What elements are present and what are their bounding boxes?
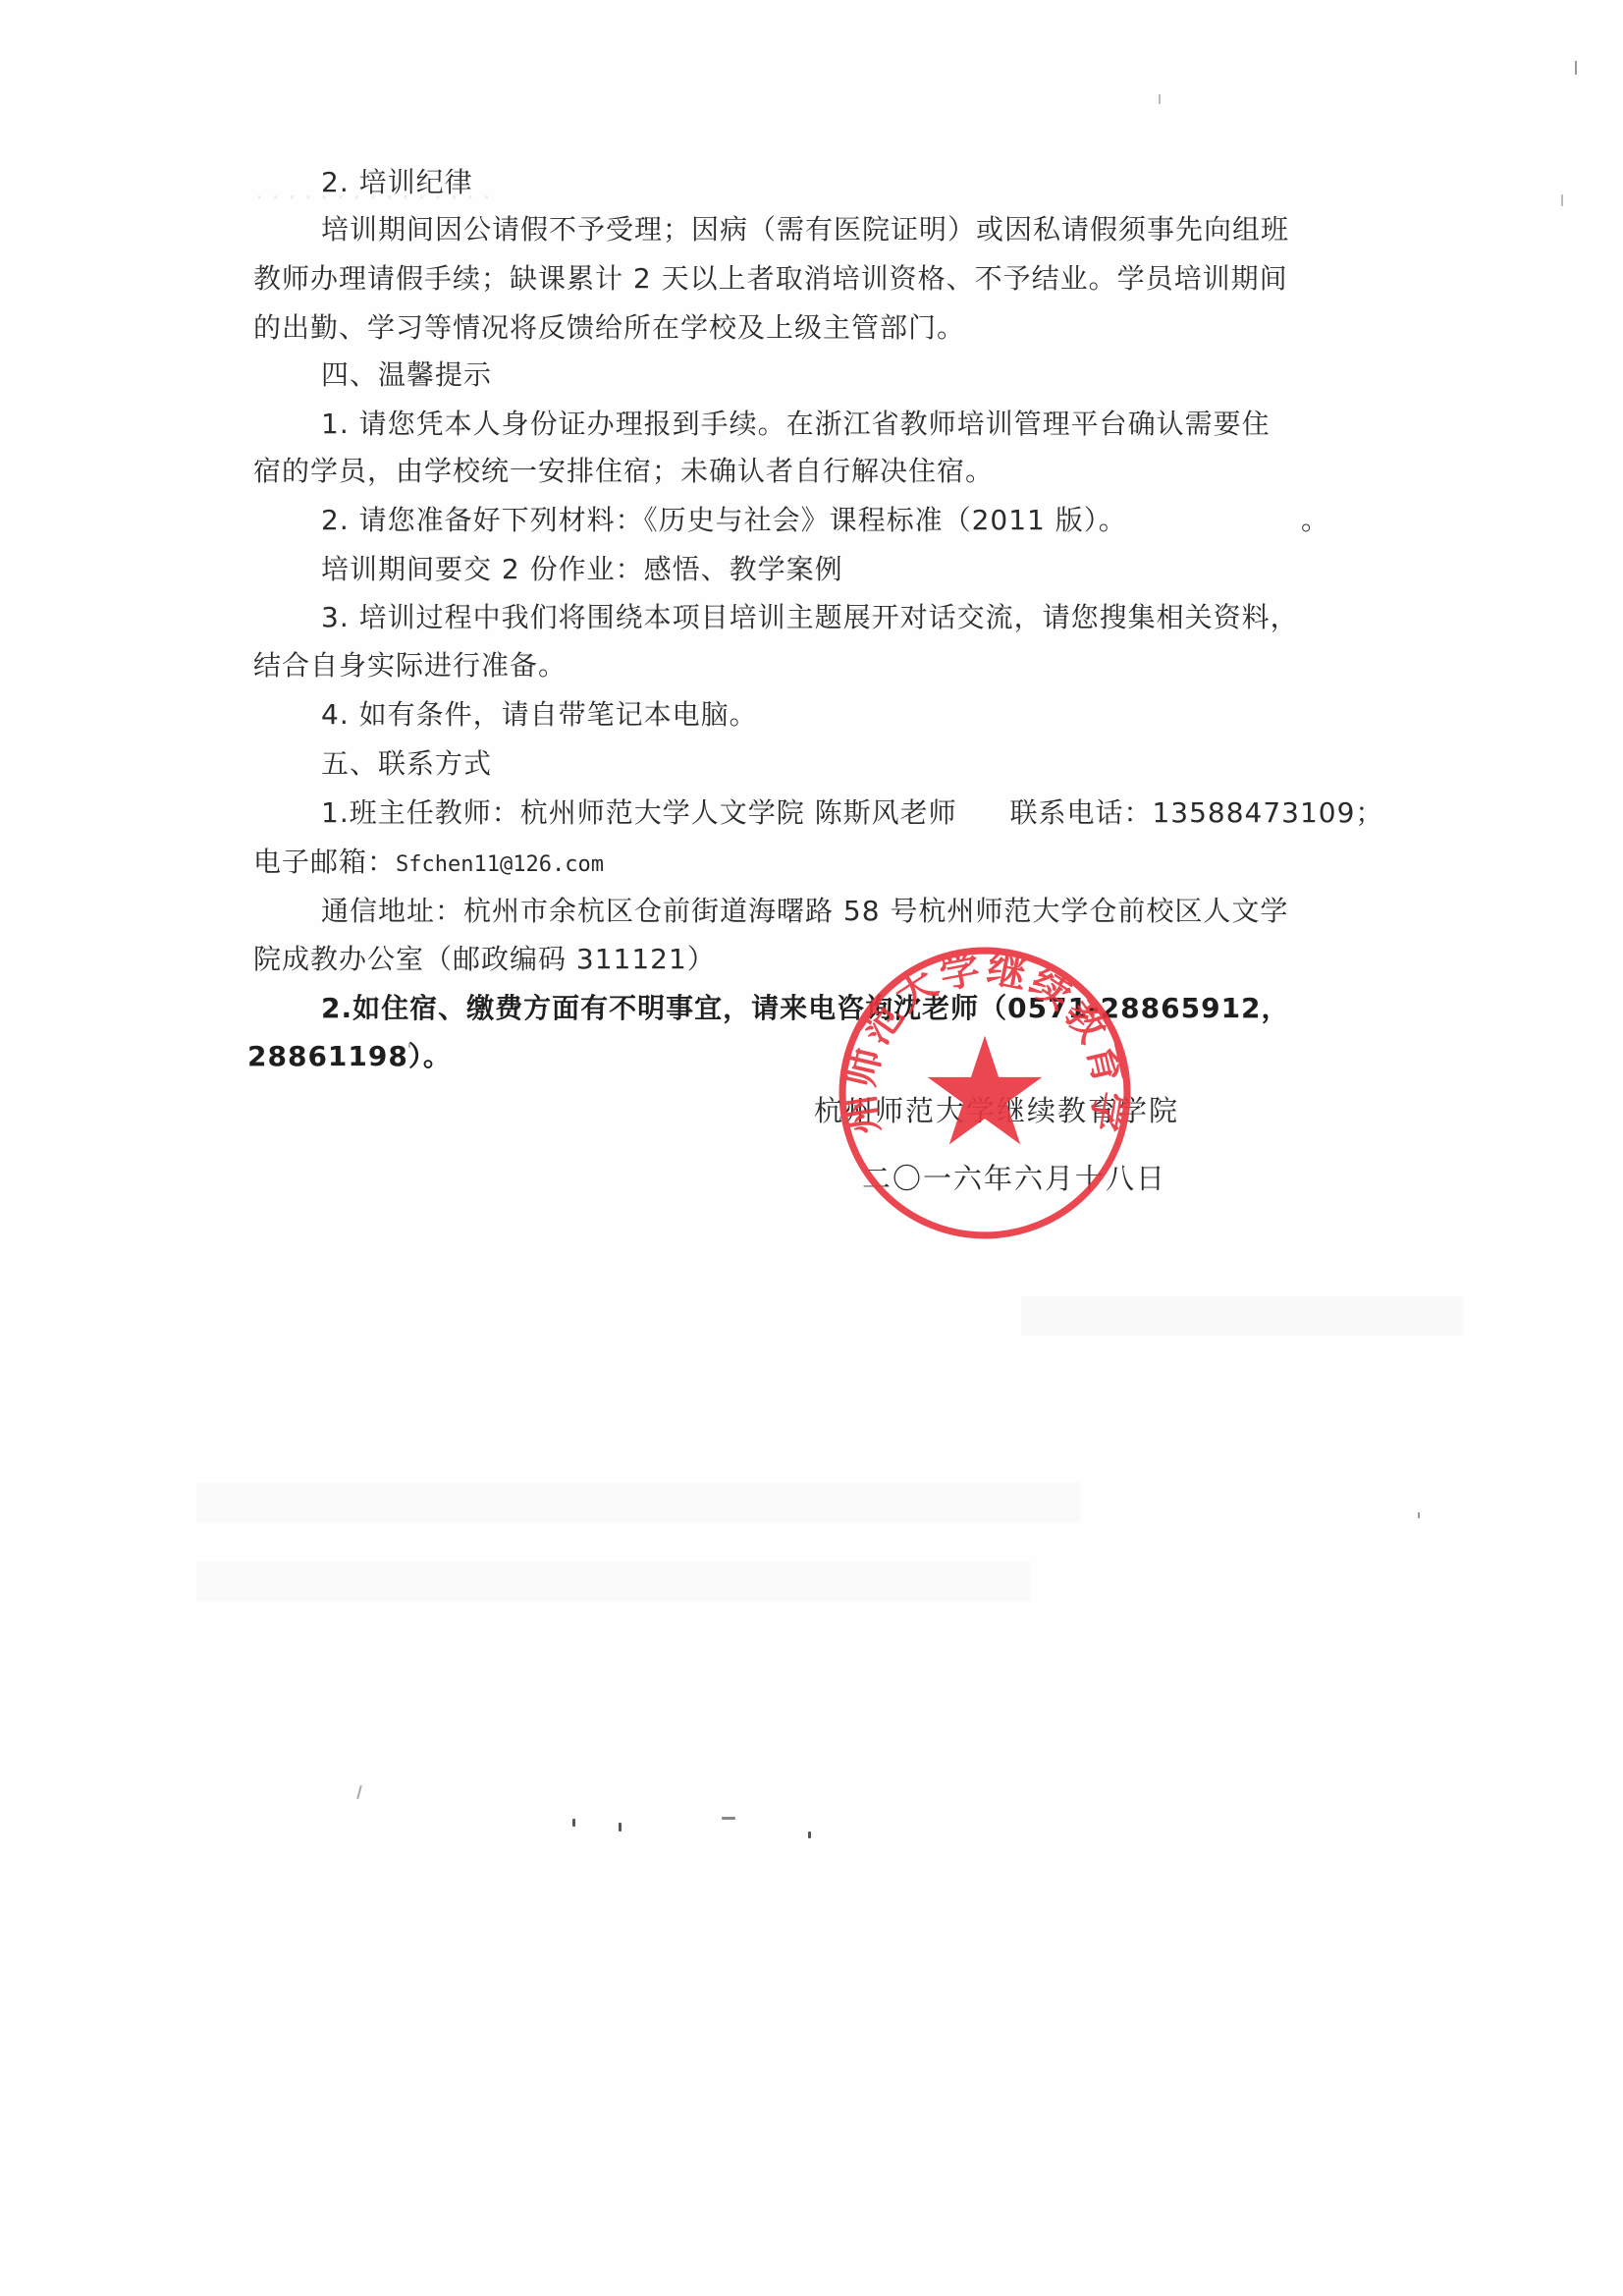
tips-heading: 四、温馨提示 — [321, 357, 492, 393]
phone-number: 13588473109； — [1152, 796, 1383, 829]
contact-teacher-line: 1.班主任教师：杭州师范大学人文学院 陈斯风老师 联系电话：1358847310… — [321, 795, 1383, 831]
phone-label: 联系电话： — [1009, 796, 1152, 829]
scan-speck — [619, 1823, 622, 1831]
tip-2-line-2: 培训期间要交 2 份作业：感悟、教学案例 — [321, 552, 843, 587]
document-page: 2. 培训纪律 培训期间因公请假不予受理；因病（需有医院证明）或因私请假须事先向… — [0, 0, 1623, 2296]
show-through-block — [196, 1561, 1031, 1601]
scan-speck — [408, 1043, 410, 1048]
discipline-line-1: 培训期间因公请假不予受理；因病（需有医院证明）或因私请假须事先向组班 — [321, 212, 1289, 247]
edge-mark — [356, 1785, 362, 1799]
address-line-1: 通信地址：杭州市余杭区仓前街道海曙路 58 号杭州师范大学仓前校区人文学 — [321, 894, 1288, 929]
tip-1-line-1: 1. 请您凭本人身份证办理报到手续。在浙江省教师培训管理平台确认需要住 — [321, 407, 1271, 442]
scan-speck — [722, 1817, 735, 1820]
email-address: Sfchen11@126.com — [396, 852, 604, 877]
discipline-line-2: 教师办理请假手续；缺课累计 2 天以上者取消培训资格、不予结业。学员培训期间 — [253, 261, 1288, 297]
address-line-2: 院成教办公室（邮政编码 311121） — [253, 942, 716, 977]
signature-date: 二〇一六年六月十八日 — [862, 1161, 1166, 1196]
show-through-block — [1021, 1296, 1463, 1336]
edge-mark — [1575, 61, 1577, 75]
tip-1-line-2: 宿的学员，由学校统一安排住宿；未确认者自行解决住宿。 — [253, 454, 994, 489]
edge-mark — [1561, 194, 1563, 206]
lodging-line-1: 2.如住宿、缴费方面有不明事宜，请来电咨询沈老师（0571-28865912， — [321, 991, 1290, 1026]
show-through-text: · · · · · · · · · · · · · · · — [255, 182, 491, 215]
tip-2-line-1: 2. 请您准备好下列材料：《历史与社会》课程标准（2011 版）。 — [321, 503, 1127, 538]
edge-mark — [1418, 1512, 1420, 1518]
show-through-block — [196, 1483, 1080, 1522]
tip-3-line-1: 3. 培训过程中我们将围绕本项目培训主题展开对话交流，请您搜集相关资料， — [321, 600, 1299, 635]
email-label: 电子邮箱： — [253, 846, 396, 878]
contact-heading: 五、联系方式 — [321, 746, 492, 782]
lodging-line-2: 28861198）。 — [247, 1039, 452, 1074]
tip-3-line-2: 结合自身实际进行准备。 — [253, 648, 567, 683]
scan-speck — [572, 1819, 575, 1827]
discipline-line-3: 的出勤、学习等情况将反馈给所在学校及上级主管部门。 — [253, 310, 965, 346]
tip-4-line-1: 4. 如有条件，请自带笔记本电脑。 — [321, 697, 758, 733]
teacher-info: 1.班主任教师：杭州师范大学人文学院 陈斯风老师 — [321, 796, 957, 829]
signature-organization: 杭州师范大学继续教育学院 — [814, 1093, 1179, 1128]
scan-speck — [808, 1831, 811, 1838]
edge-mark — [1159, 94, 1161, 104]
tip-2-trailing-mark: 。 — [1301, 503, 1329, 538]
contact-email-line: 电子邮箱：Sfchen11@126.com — [253, 845, 604, 883]
